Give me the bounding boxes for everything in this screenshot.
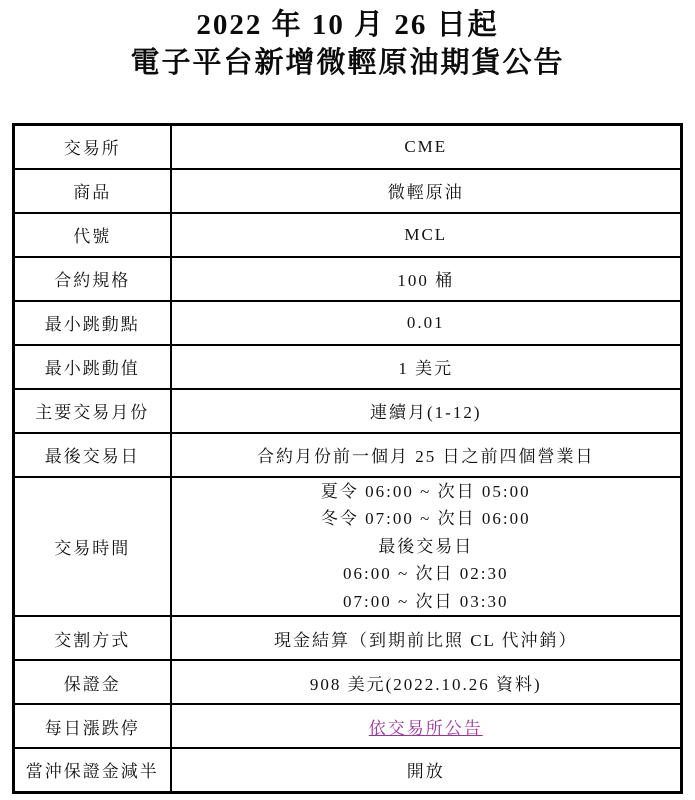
row-value-daytrade-half-margin: 開放 bbox=[171, 748, 682, 792]
row-value-exchange: CME bbox=[171, 125, 682, 169]
table-row-margin: 保證金 908 美元(2022.10.26 資料) bbox=[14, 660, 682, 704]
table-row-daytrade-half-margin: 當沖保證金減半 開放 bbox=[14, 748, 682, 792]
row-label-contract-months: 主要交易月份 bbox=[14, 389, 171, 433]
row-value-contract-months: 連續月(1-12) bbox=[171, 389, 682, 433]
table-row-last-trading-day: 最後交易日 合約月份前一個月 25 日之前四個營業日 bbox=[14, 433, 682, 477]
row-label-symbol: 代號 bbox=[14, 213, 171, 257]
contract-spec-table: 交易所 CME 商品 微輕原油 代號 MCL 合約規格 100 桶 最小跳動點 … bbox=[12, 123, 683, 794]
row-label-min-tick: 最小跳動點 bbox=[14, 301, 171, 345]
table-row-tick-value: 最小跳動值 1 美元 bbox=[14, 345, 682, 389]
table-row-price-limit: 每日漲跌停 依交易所公告 bbox=[14, 704, 682, 748]
row-label-product: 商品 bbox=[14, 169, 171, 213]
row-value-tick-value: 1 美元 bbox=[171, 345, 682, 389]
trading-hours-summer: 夏令 06:00 ~ 次日 05:00 bbox=[176, 478, 677, 506]
row-value-last-trading-day: 合約月份前一個月 25 日之前四個營業日 bbox=[171, 433, 682, 477]
trading-hours-winter: 冬令 07:00 ~ 次日 06:00 bbox=[176, 505, 677, 533]
row-label-margin: 保證金 bbox=[14, 660, 171, 704]
trading-hours-ltd-summer: 06:00 ~ 次日 02:30 bbox=[176, 560, 677, 588]
row-value-symbol: MCL bbox=[171, 213, 682, 257]
table-row-exchange: 交易所 CME bbox=[14, 125, 682, 169]
page-title: 2022 年 10 月 26 日起 電子平台新增微輕原油期貨公告 bbox=[0, 0, 695, 82]
table-row-product: 商品 微輕原油 bbox=[14, 169, 682, 213]
row-value-min-tick: 0.01 bbox=[171, 301, 682, 345]
row-label-daytrade-half-margin: 當沖保證金減半 bbox=[14, 748, 171, 792]
row-label-contract-size: 合約規格 bbox=[14, 257, 171, 301]
row-value-price-limit: 依交易所公告 bbox=[171, 704, 682, 748]
table-row-contract-months: 主要交易月份 連續月(1-12) bbox=[14, 389, 682, 433]
exchange-announcement-link[interactable]: 依交易所公告 bbox=[369, 719, 483, 738]
row-label-price-limit: 每日漲跌停 bbox=[14, 704, 171, 748]
row-value-contract-size: 100 桶 bbox=[171, 257, 682, 301]
row-label-trading-hours: 交易時間 bbox=[14, 477, 171, 617]
table-row-contract-size: 合約規格 100 桶 bbox=[14, 257, 682, 301]
row-value-margin: 908 美元(2022.10.26 資料) bbox=[171, 660, 682, 704]
announcement-page: 2022 年 10 月 26 日起 電子平台新增微輕原油期貨公告 交易所 CME… bbox=[0, 0, 695, 800]
table-row-symbol: 代號 MCL bbox=[14, 213, 682, 257]
row-label-tick-value: 最小跳動值 bbox=[14, 345, 171, 389]
trading-hours-ltd-header: 最後交易日 bbox=[176, 533, 677, 561]
title-line-2: 電子平台新增微輕原油期貨公告 bbox=[0, 44, 695, 82]
table-row-trading-hours: 交易時間 夏令 06:00 ~ 次日 05:00 冬令 07:00 ~ 次日 0… bbox=[14, 477, 682, 617]
row-label-exchange: 交易所 bbox=[14, 125, 171, 169]
row-value-settlement: 現金結算（到期前比照 CL 代沖銷） bbox=[171, 616, 682, 660]
row-label-last-trading-day: 最後交易日 bbox=[14, 433, 171, 477]
table-row-min-tick: 最小跳動點 0.01 bbox=[14, 301, 682, 345]
title-line-1: 2022 年 10 月 26 日起 bbox=[0, 6, 695, 44]
row-value-product: 微輕原油 bbox=[171, 169, 682, 213]
trading-hours-ltd-winter: 07:00 ~ 次日 03:30 bbox=[176, 588, 677, 616]
table-row-settlement: 交割方式 現金結算（到期前比照 CL 代沖銷） bbox=[14, 616, 682, 660]
row-label-settlement: 交割方式 bbox=[14, 616, 171, 660]
row-value-trading-hours: 夏令 06:00 ~ 次日 05:00 冬令 07:00 ~ 次日 06:00 … bbox=[171, 477, 682, 617]
